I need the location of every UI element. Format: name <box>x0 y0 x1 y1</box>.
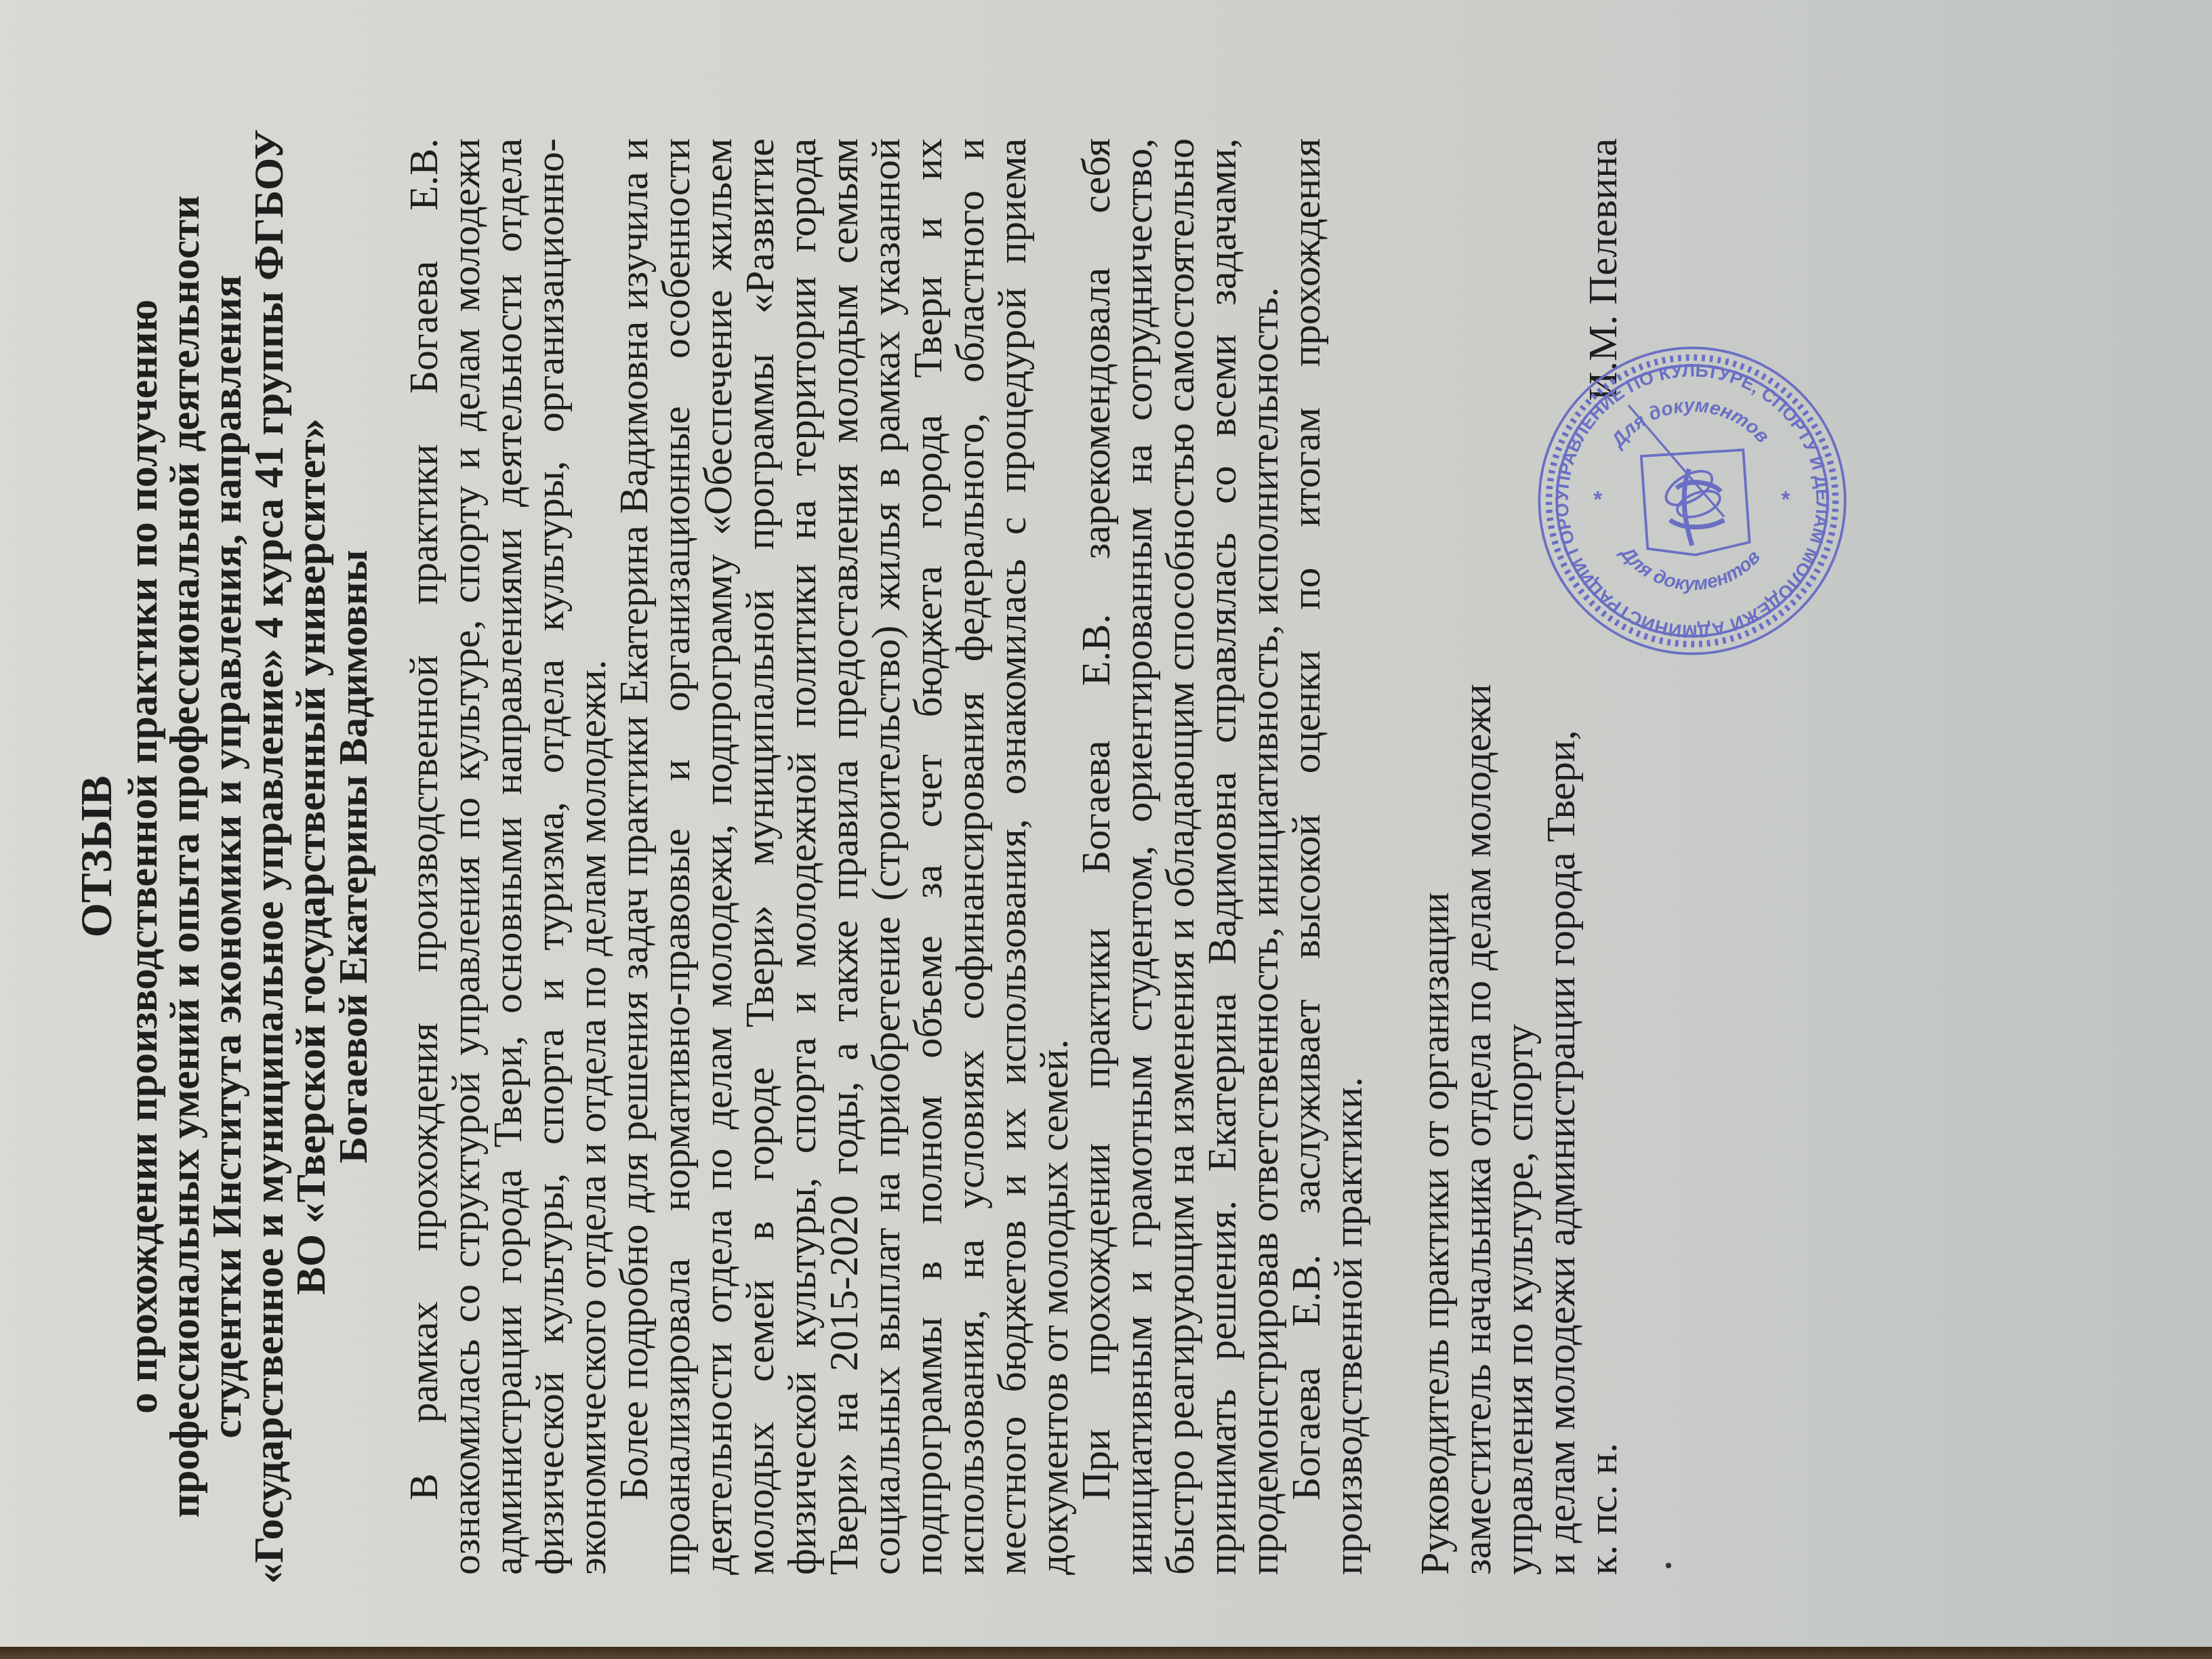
document-title: ОТЗЫВ <box>76 111 118 1602</box>
svg-text:Для документов: Для документов <box>1605 394 1774 452</box>
signature-line: заместитель начальника отдела по делам м… <box>1456 138 1498 1575</box>
header-line: о прохождении производственной практики … <box>122 111 164 1602</box>
document-body: В рамках прохождения производственной пр… <box>403 111 1369 1602</box>
paragraph: Более подробно для решения задач практик… <box>613 138 1075 1575</box>
document-header: ОТЗЫВ о прохождении производственной пра… <box>76 111 374 1602</box>
header-line: ВО «Тверской государственный университет… <box>290 111 332 1602</box>
svg-text:*: * <box>1593 487 1602 512</box>
header-line: профессиональных умений и опыта професси… <box>164 111 206 1602</box>
document-page: ОТЗЫВ о прохождении производственной пра… <box>76 111 2109 1602</box>
table-surface <box>0 1647 2212 1659</box>
ink-dot <box>1666 1563 1671 1568</box>
header-line: «Государственное и муниципальное управле… <box>248 111 290 1602</box>
stamp-seal-icon: УПРАВЛЕНИЕ ПО КУЛЬТУРЕ, СПОРТУ И ДЕЛАМ М… <box>1533 342 1851 660</box>
svg-text:Для документов: Для документов <box>1616 541 1764 594</box>
paragraph: В рамках прохождения производственной пр… <box>403 138 613 1575</box>
signature-block: Руководитель практики от организации зам… <box>1414 111 1624 1602</box>
svg-text:*: * <box>1782 487 1790 512</box>
student-name: Богаевой Екатерины Вадимовны <box>332 111 374 1602</box>
header-line: студентки Института экономики и управлен… <box>206 111 248 1602</box>
paragraph: Богаева Е.В. заслуживает высокой оценки … <box>1285 138 1369 1575</box>
signature-line: Руководитель практики от организации <box>1414 138 1456 1575</box>
paragraph: При прохождении практики Богаева Е.В. за… <box>1075 138 1285 1575</box>
official-stamp: УПРАВЛЕНИЕ ПО КУЛЬТУРЕ, СПОРТУ И ДЕЛАМ М… <box>1533 342 1851 660</box>
